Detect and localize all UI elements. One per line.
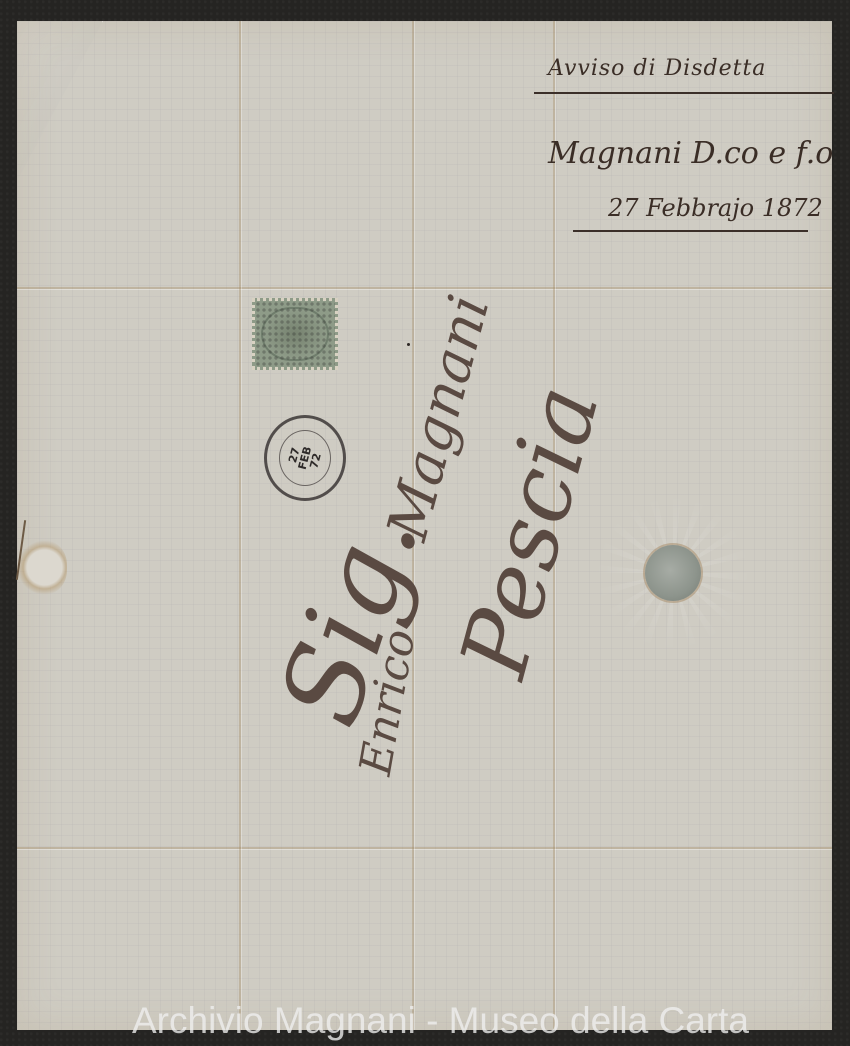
fold-line-horizontal-top [17,287,832,289]
fold-line-vertical-left [239,21,241,1030]
date-underline [573,230,808,232]
paper-tear [17,540,67,595]
corner-fold [17,21,103,181]
wax-seal [645,545,701,601]
stamp-cancellation [255,301,335,367]
document-date: 27 Febbrajo 1872 [608,194,823,222]
document-title: Avviso di Disdetta [548,56,766,81]
sender-name: Magnani D.co e f.o [548,136,833,171]
ink-dot [407,343,410,346]
archive-watermark: Archivio Magnani - Museo della Carta [132,1000,749,1042]
fold-line-horizontal-bottom [17,847,832,849]
title-underline [534,92,834,94]
postage-stamp [252,298,338,370]
postmark: 27 FEB 72 [264,415,346,501]
